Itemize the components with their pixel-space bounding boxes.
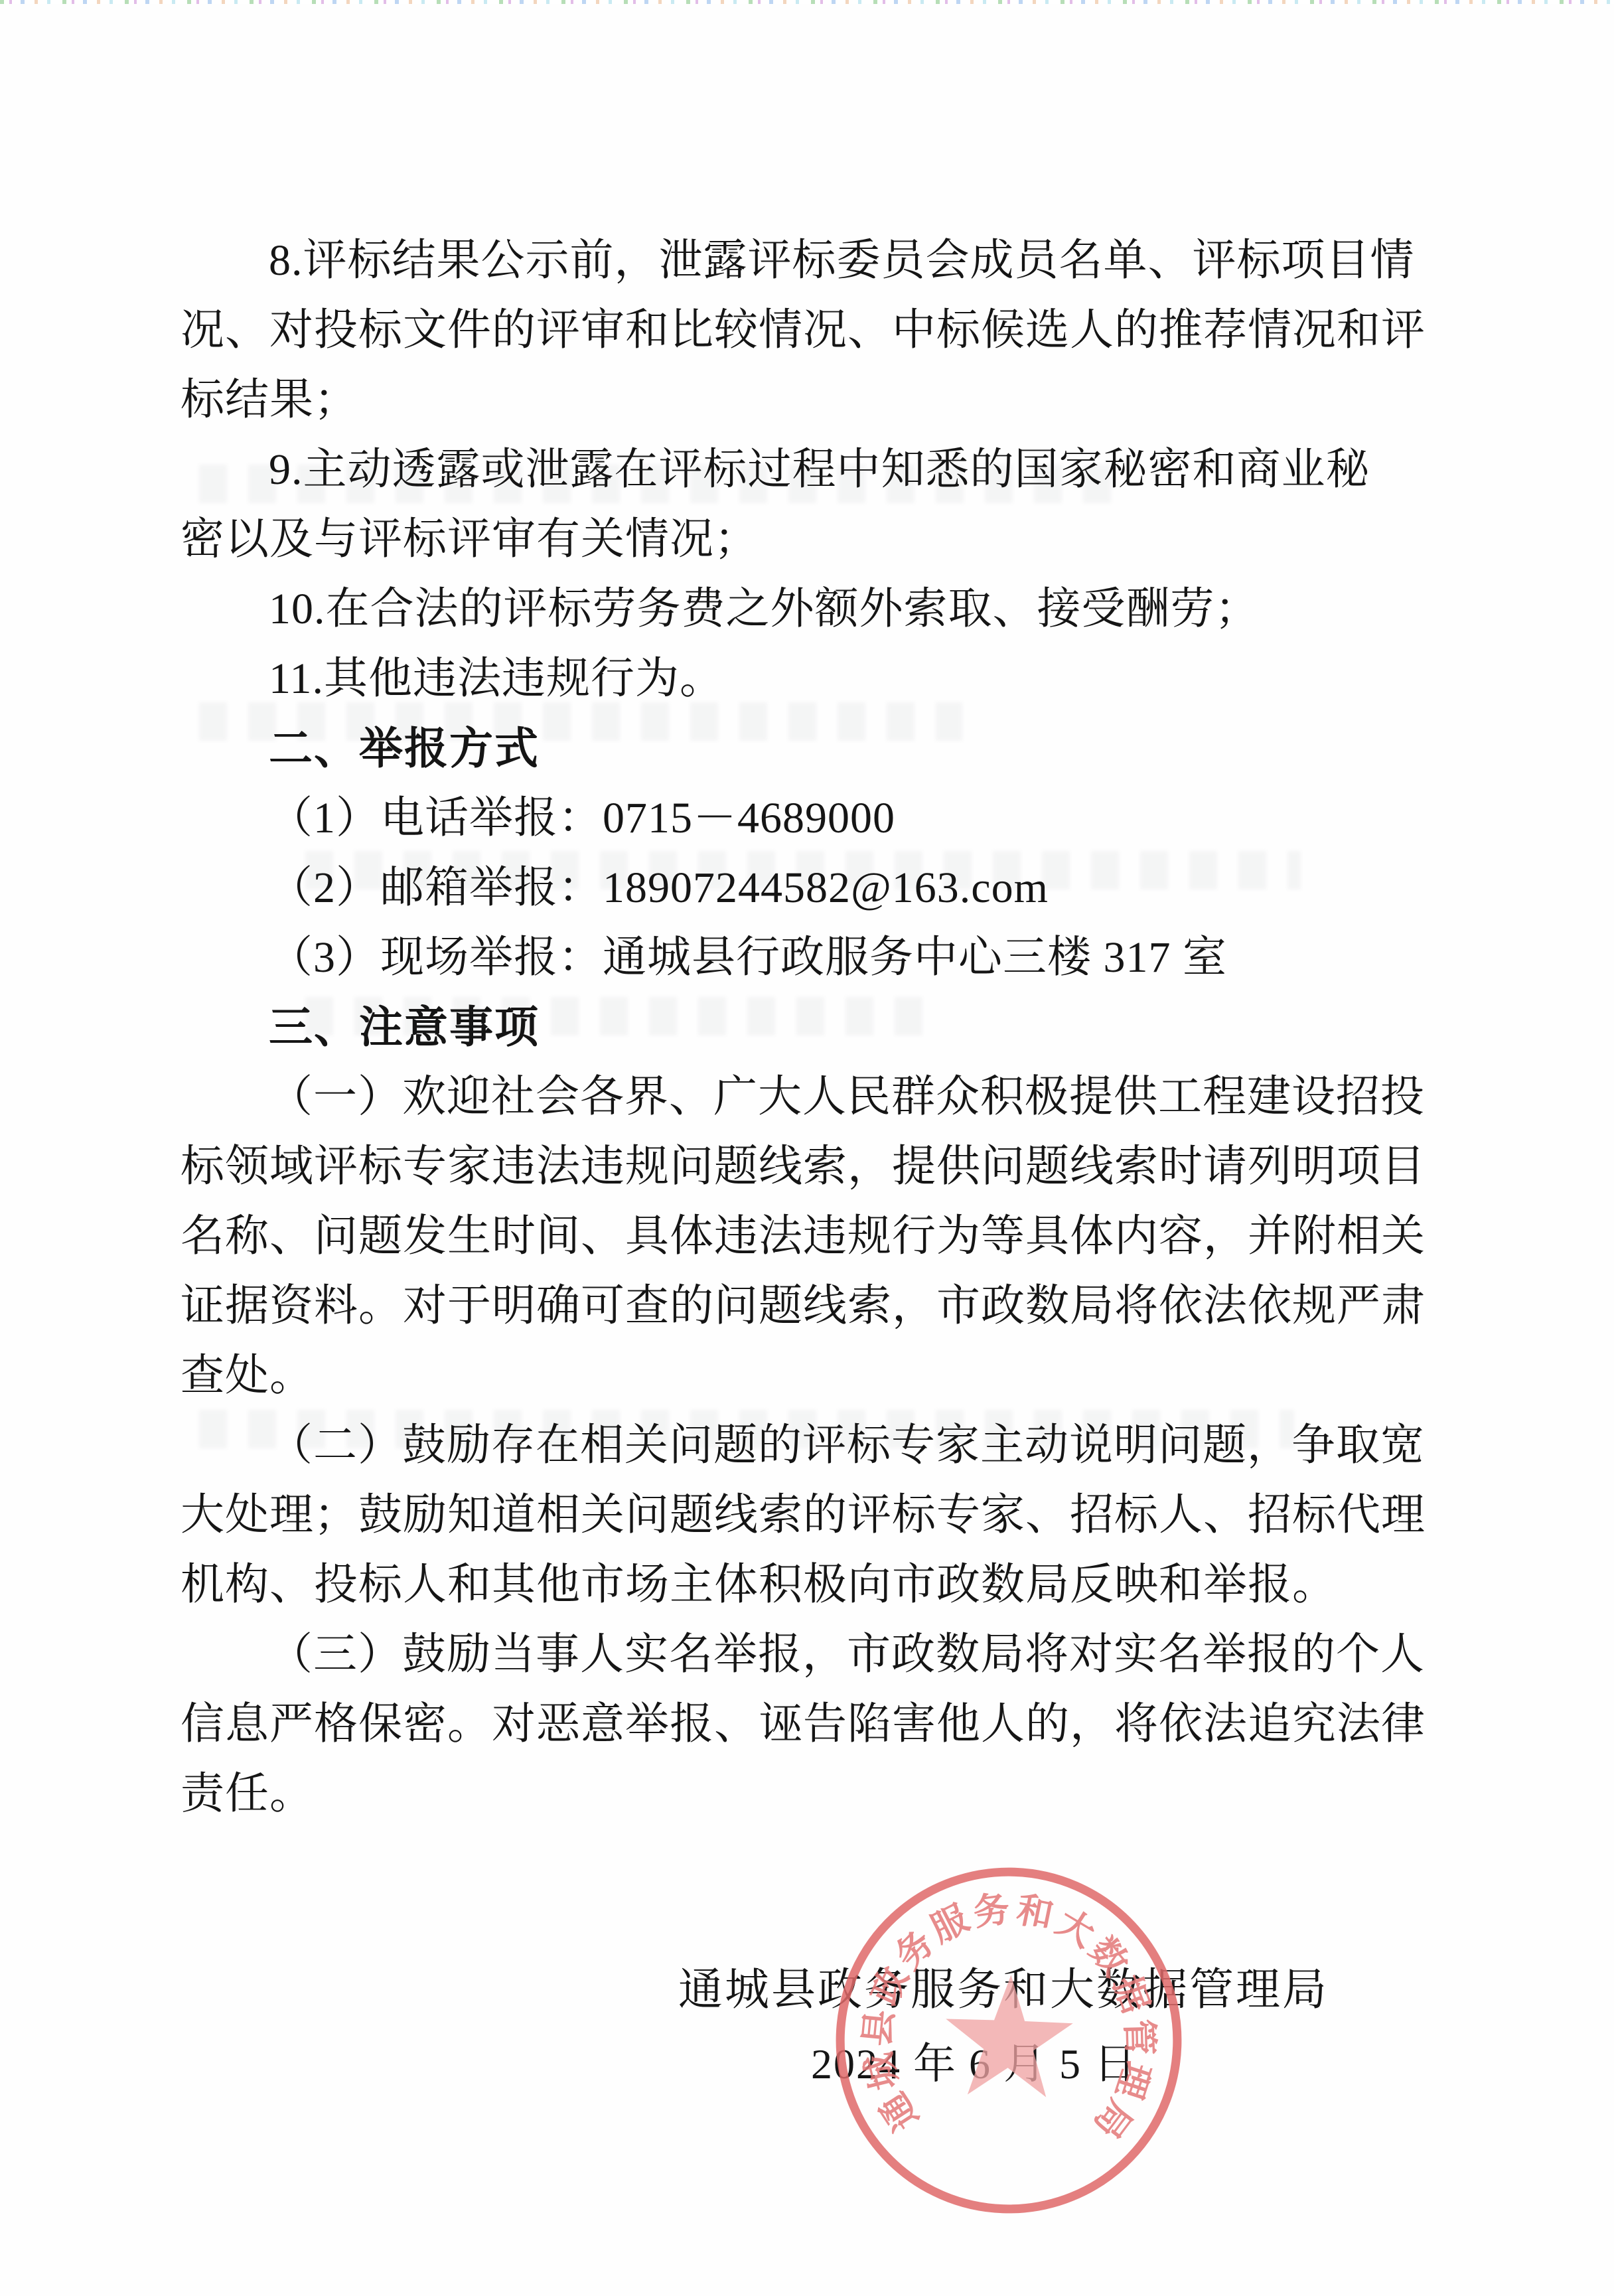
body-line: （三）鼓励当事人实名举报，市政数局将对实名举报的个人	[181, 1620, 1436, 1689]
body-line: 查处。	[181, 1341, 1436, 1411]
body-line: 10.在合法的评标劳务费之外额外索取、接受酬劳；	[181, 574, 1436, 644]
seal-arc-char: 和	[1013, 1890, 1057, 1936]
body-line: 机构、投标人和其他市场主体积极向市政数局反映和举报。	[181, 1550, 1436, 1620]
seal-arc-char: 据	[1106, 1970, 1155, 2018]
official-seal: 通 城 县 政 务 服 务 和 大 数 据 管 理 局	[822, 1854, 1196, 2228]
body-line: 8.评标结果公示前，泄露评标委员会成员名单、评标项目情	[181, 226, 1436, 295]
scan-noise-strip	[0, 0, 1614, 4]
email-report-line: （2）邮箱举报：18907244582@163.com	[181, 853, 1436, 923]
body-line: （一）欢迎社会各界、广大人民群众积极提供工程建设招投	[181, 1062, 1436, 1132]
body-line: （二）鼓励存在相关问题的评标专家主动说明问题，争取宽	[181, 1411, 1436, 1480]
seal-arc-char: 局	[1086, 2092, 1140, 2145]
body-line: 标领域评标专家违法违规问题线索，提供问题线索时请列明项目	[181, 1132, 1436, 1201]
phone-report-line: （1）电话举报：0715－4689000	[181, 783, 1436, 853]
seal-arc-char: 理	[1108, 2057, 1157, 2104]
body-line: 9.主动透露或泄露在评标过程中知悉的国家秘密和商业秘	[181, 435, 1436, 504]
body-line: 密以及与评标评审有关情况；	[181, 504, 1436, 574]
seal-arc-char: 县	[857, 2008, 901, 2048]
seal-arc-char: 城	[858, 2049, 905, 2094]
body-line: 况、对投标文件的评审和比较情况、中标候选人的推荐情况和评	[181, 295, 1436, 365]
document-body: 8.评标结果公示前，泄露评标委员会成员名单、评标项目情 况、对投标文件的评审和比…	[181, 226, 1436, 1829]
body-line: 证据资料。对于明确可查的问题线索，市政数局将依法依规严肃	[181, 1271, 1436, 1341]
body-line: 名称、问题发生时间、具体违法违规行为等具体内容，并附相关	[181, 1201, 1436, 1271]
section-heading-notes: 三、注意事项	[181, 992, 1436, 1062]
seal-arc-char: 管	[1119, 2019, 1159, 2056]
body-line: 大处理；鼓励知道相关问题线索的评标专家、招标人、招标代理	[181, 1480, 1436, 1550]
body-line: 责任。	[181, 1759, 1436, 1829]
seal-arc-char: 务	[971, 1889, 1012, 1934]
seal-star	[943, 1973, 1074, 2098]
scanned-document-page: 8.评标结果公示前，泄露评标委员会成员名单、评标项目情 况、对投标文件的评审和比…	[0, 0, 1614, 2296]
section-heading-report-methods: 二、举报方式	[181, 714, 1436, 783]
onsite-report-line: （3）现场举报：通城县行政服务中心三楼 317 室	[181, 923, 1436, 992]
body-line: 11.其他违法违规行为。	[181, 644, 1436, 714]
body-line: 信息严格保密。对恶意举报、诬告陷害他人的，将依法追究法律	[181, 1689, 1436, 1759]
seal-arc-char: 通	[873, 2086, 926, 2137]
body-line: 标结果；	[181, 365, 1436, 435]
